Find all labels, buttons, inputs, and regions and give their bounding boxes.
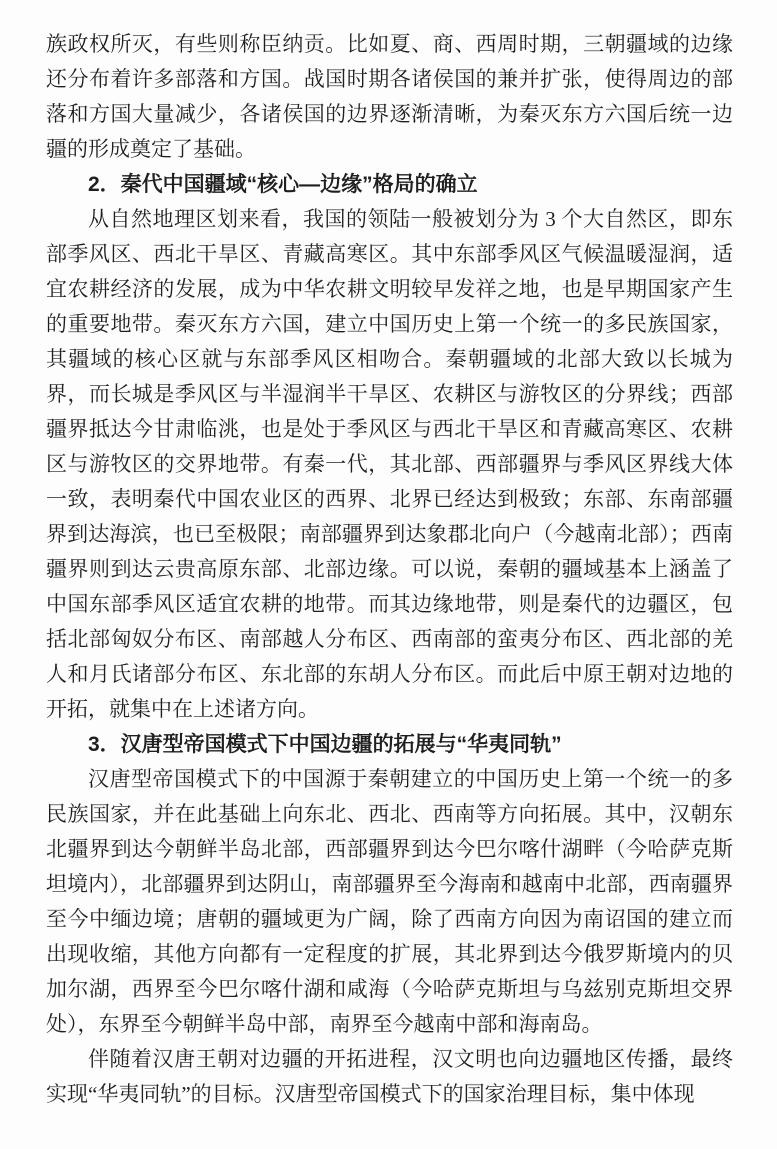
document-page: 族政权所灭，有些则称臣纳贡。比如夏、商、西周时期，三朝疆域的边缘还分布着许多部落… <box>0 0 777 1149</box>
paragraph-continuation: 族政权所灭，有些则称臣纳贡。比如夏、商、西周时期，三朝疆域的边缘还分布着许多部落… <box>46 27 733 167</box>
section-heading-3: 3．汉唐型帝国模式下中国边疆的拓展与“华夷同轨” <box>46 727 733 762</box>
paragraph-han-tang-expansion: 汉唐型帝国模式下的中国源于秦朝建立的中国历史上第一个统一的多民族国家，并在此基础… <box>46 762 733 1042</box>
paragraph-huayi-tonggui: 伴随着汉唐王朝对边疆的开拓进程，汉文明也向边疆地区传播，最终实现“华夷同轨”的目… <box>46 1042 733 1112</box>
section-heading-2: 2．秦代中国疆域“核心—边缘”格局的确立 <box>46 167 733 202</box>
paragraph-qin-territory: 从自然地理区划来看，我国的领陆一般被划分为 3 个大自然区，即东部季风区、西北干… <box>46 202 733 727</box>
